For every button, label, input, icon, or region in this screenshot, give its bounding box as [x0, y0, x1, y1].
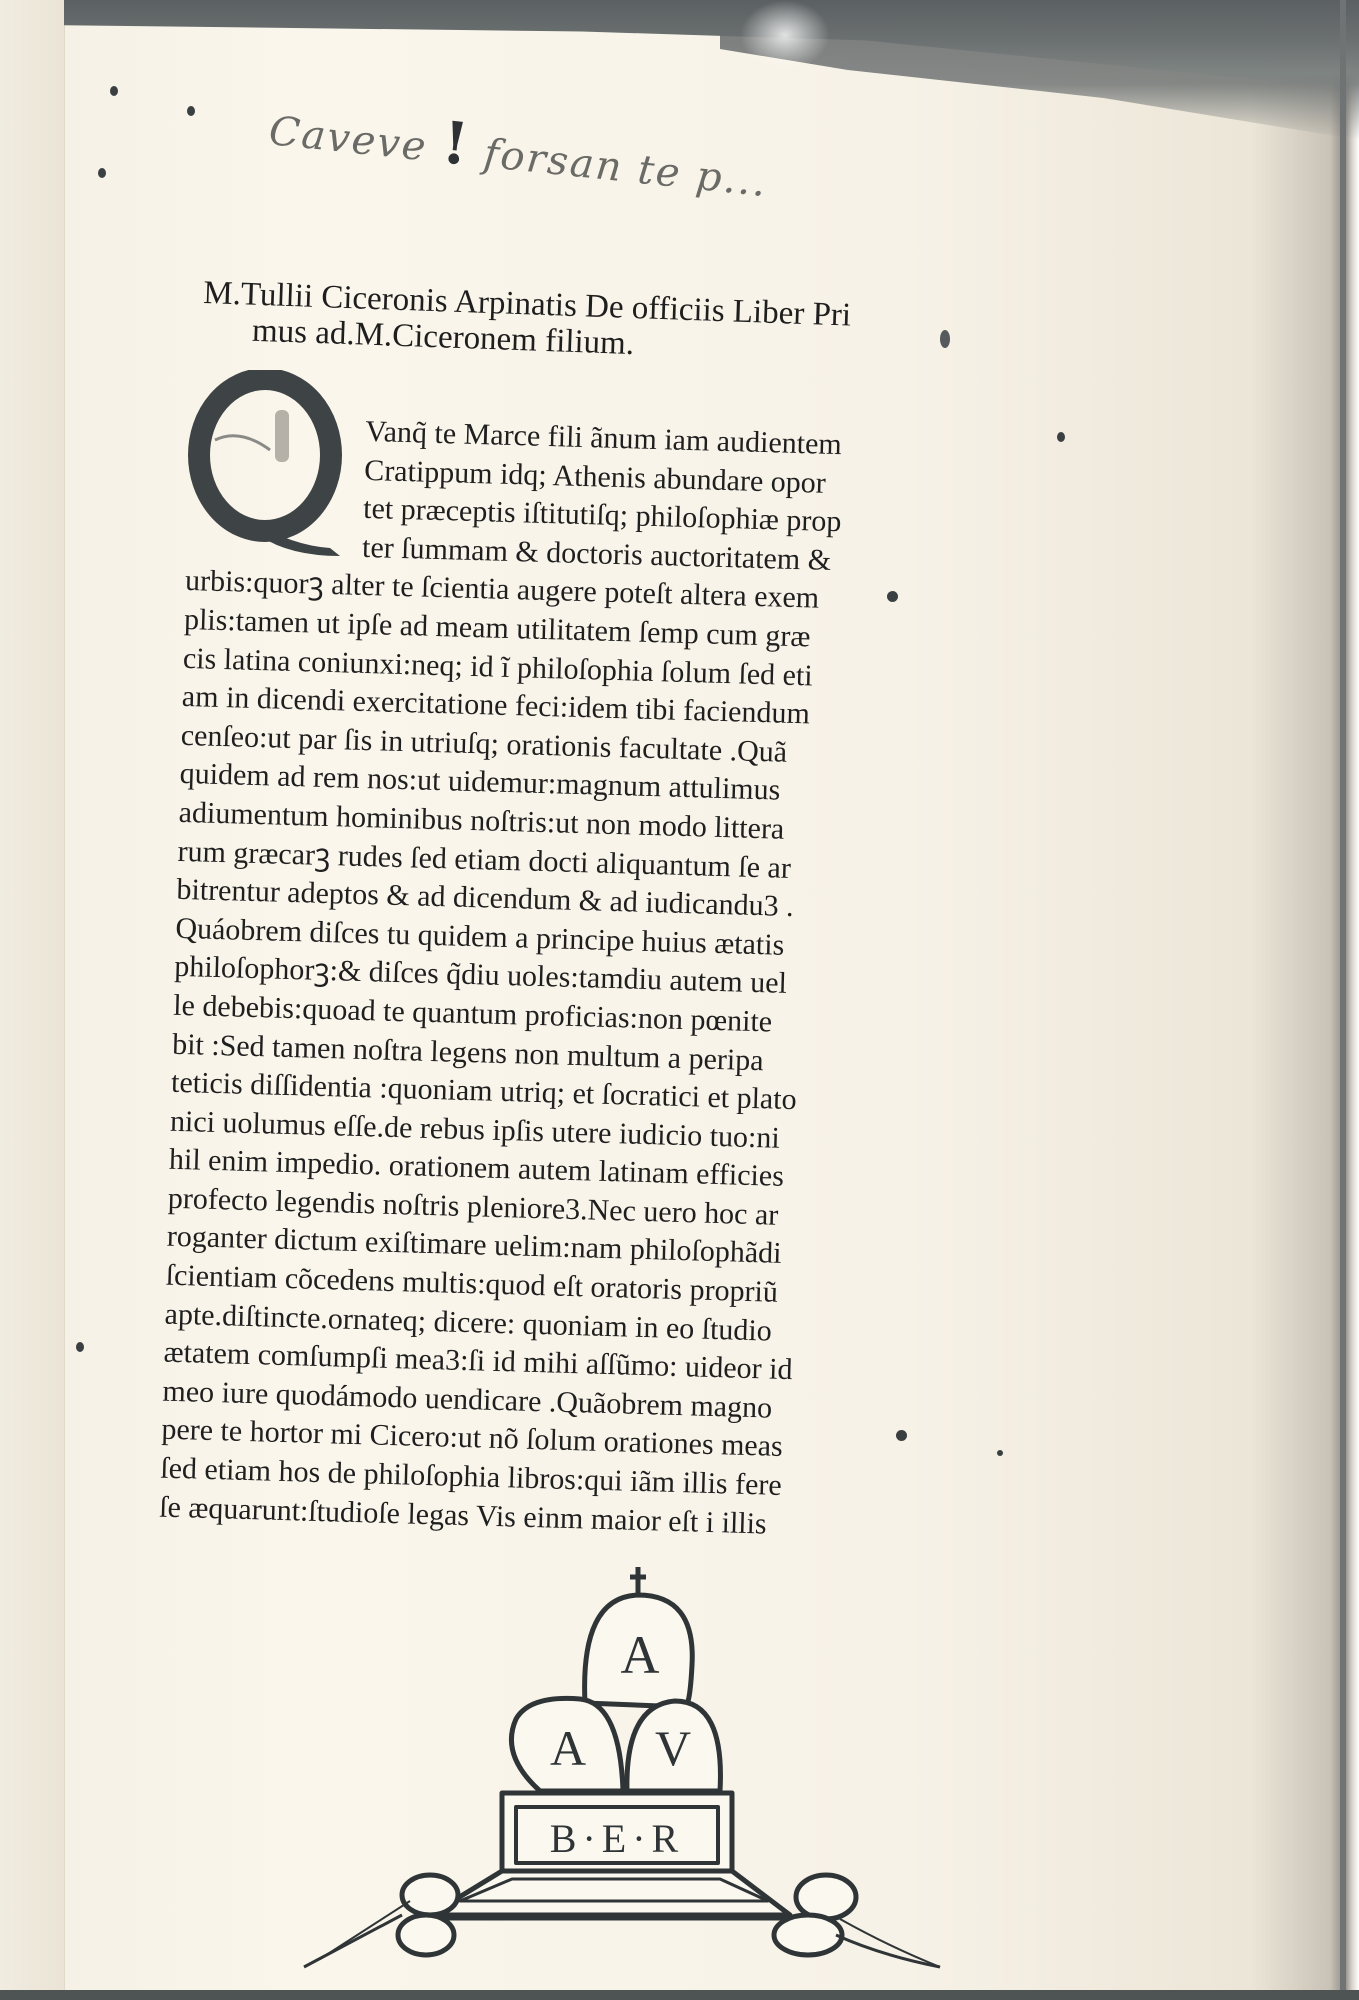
base-plaque-letters: B·E·R [550, 1816, 684, 1861]
photo-glare [740, 0, 830, 70]
margin-dot [1057, 432, 1065, 442]
printer-mark-emblem: A A V B·E·R [280, 1555, 960, 1985]
note-exclamation: ! [439, 108, 473, 178]
margin-smudge [940, 330, 950, 348]
margin-dot [76, 1342, 84, 1352]
left-margin-strip [0, 0, 65, 2000]
top-stone-letter: A [621, 1625, 660, 1685]
margin-dot [896, 1430, 907, 1441]
margin-dot [187, 106, 195, 116]
middle-left-stone-letter: A [550, 1720, 586, 1776]
body-text: Vanq̃ te Marce fili ãnum iam audientem C… [159, 408, 910, 1547]
middle-right-stone-letter: V [655, 1720, 691, 1776]
margin-dot [110, 86, 118, 96]
margin-dot [98, 168, 106, 178]
margin-dot [997, 1450, 1003, 1456]
bottom-edge [0, 1990, 1359, 2000]
right-page-edge [1340, 0, 1346, 2000]
